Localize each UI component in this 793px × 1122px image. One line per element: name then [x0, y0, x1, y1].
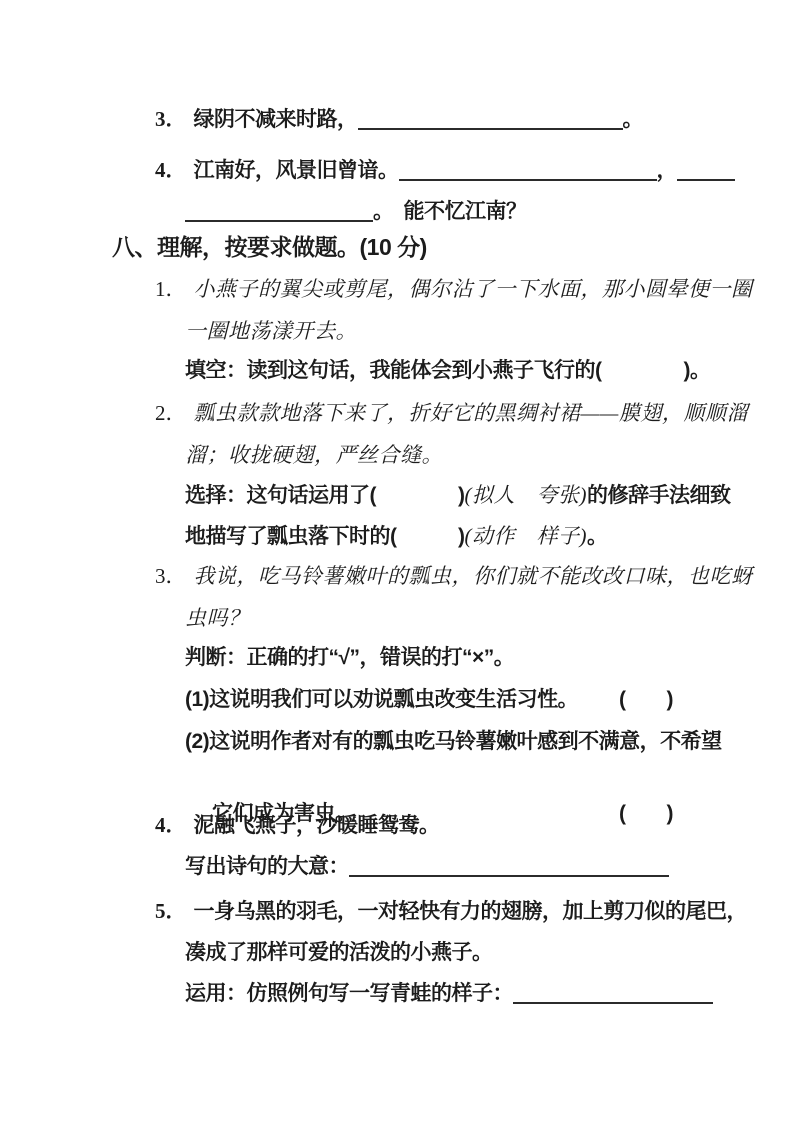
q3-subitem1-line: (1)这说明我们可以劝说瓢虫改变生活习性。 ( ): [185, 685, 705, 715]
q3-sentence-line1: 3．我说，吃马铃薯嫩叶的瓢虫，你们就不能改改口味，也吃蚜: [155, 561, 753, 591]
task-text: 地描写了瓢虫落下时的( ): [185, 525, 465, 548]
sentence-text: 泥融飞燕子，沙暖睡鸳鸯。: [194, 814, 440, 837]
q3-subitem2-line1: (2)这说明作者对有的瓢虫吃马铃薯嫩叶感到不满意，不希望: [185, 727, 722, 757]
answer-blank: [513, 982, 713, 1004]
prev-q3-line: 3．绿阴不减来时路，。: [155, 104, 643, 135]
question-number: 5．: [155, 899, 194, 923]
q5-task-line: 运用：仿照例句写一写青蛙的样子：: [185, 979, 713, 1009]
answer-blank: [358, 108, 623, 130]
q1-task-line: 填空：读到这句话，我能体会到小燕子飞行的( )。: [185, 356, 710, 386]
prev-q4-continuation-line: 。 能不忆江南？: [185, 197, 527, 227]
answer-parens: ( ): [619, 685, 673, 715]
task-text: 写出诗句的大意：: [185, 855, 349, 878]
q2-task-line2: 地描写了瓢虫落下时的( )(动作 样子)。: [185, 521, 608, 552]
q1-sentence-line2: 一圈地荡漾开去。: [185, 316, 357, 346]
question-tail: 。: [623, 108, 644, 131]
sentence-text: 一身乌黑的羽毛，一对轻快有力的翅膀，加上剪刀似的尾巴，: [194, 900, 748, 923]
answer-blank: [677, 159, 735, 181]
option-choices: (拟人 夸张): [465, 483, 588, 507]
question-tail: 。 能不忆江南？: [373, 200, 527, 223]
q3-sentence-line2: 虫吗？: [185, 603, 250, 633]
q2-sentence-line1: 2．瓢虫款款地落下来了，折好它的黑绸衬裙——膜翅，顺顺溜: [155, 398, 748, 428]
answer-blank: [399, 159, 657, 181]
q1-sentence-line1: 1．小燕子的翼尖或剪尾，偶尔沾了一下水面，那小圆晕便一圈: [155, 274, 753, 304]
comma: ，: [657, 159, 678, 182]
question-number: 4．: [155, 813, 194, 837]
section-heading: 八、理解，按要求做题。(10 分): [112, 232, 427, 262]
q5-sentence-line1: 5．一身乌黑的羽毛，一对轻快有力的翅膀，加上剪刀似的尾巴，: [155, 896, 747, 927]
question-number: 2．: [155, 401, 194, 425]
sentence-text: 瓢虫款款地落下来了，折好它的黑绸衬裙——膜翅，顺顺溜: [194, 401, 748, 425]
question-number: 3．: [155, 107, 194, 131]
prev-q4-line: 4．江南好，风景旧曾谙。，: [155, 155, 735, 186]
q2-task-line1: 选择：这句话运用了( )(拟人 夸张)的修辞手法细致: [185, 480, 731, 511]
question-text: 绿阴不减来时路，: [194, 108, 358, 131]
answer-blank: [185, 200, 373, 222]
question-number: 3．: [155, 564, 194, 588]
option-choices: (动作 样子): [465, 524, 588, 548]
question-text: 江南好，风景旧曾谙。: [194, 159, 399, 182]
task-text: 运用：仿照例句写一写青蛙的样子：: [185, 982, 513, 1005]
sentence-text: 小燕子的翼尖或剪尾，偶尔沾了一下水面，那小圆晕便一圈: [194, 277, 753, 301]
sentence-text: 我说，吃马铃薯嫩叶的瓢虫，你们就不能改改口味，也吃蚜: [194, 564, 753, 588]
answer-blank: [349, 855, 669, 877]
question-number: 4．: [155, 158, 194, 182]
q2-sentence-line2: 溜；收拢硬翅，严丝合缝。: [185, 440, 443, 470]
q3-judge-instruction: 判断：正确的打“√”，错误的打“×”。: [185, 643, 514, 673]
q4-sentence-line: 4．泥融飞燕子，沙暖睡鸳鸯。: [155, 810, 440, 841]
answer-parens: ( ): [619, 799, 673, 829]
exam-paper-page: 3．绿阴不减来时路，。 4．江南好，风景旧曾谙。， 。 能不忆江南？ 八、理解，…: [0, 0, 793, 1122]
task-text: 。: [587, 525, 608, 548]
task-text: 的修辞手法细致: [587, 484, 731, 507]
statement-text: (1)这说明我们可以劝说瓢虫改变生活习性。: [185, 688, 578, 711]
q5-sentence-line2: 凑成了那样可爱的活泼的小燕子。: [185, 938, 493, 968]
question-number: 1．: [155, 277, 194, 301]
task-text: 选择：这句话运用了( ): [185, 484, 465, 507]
q4-task-line: 写出诗句的大意：: [185, 852, 669, 882]
